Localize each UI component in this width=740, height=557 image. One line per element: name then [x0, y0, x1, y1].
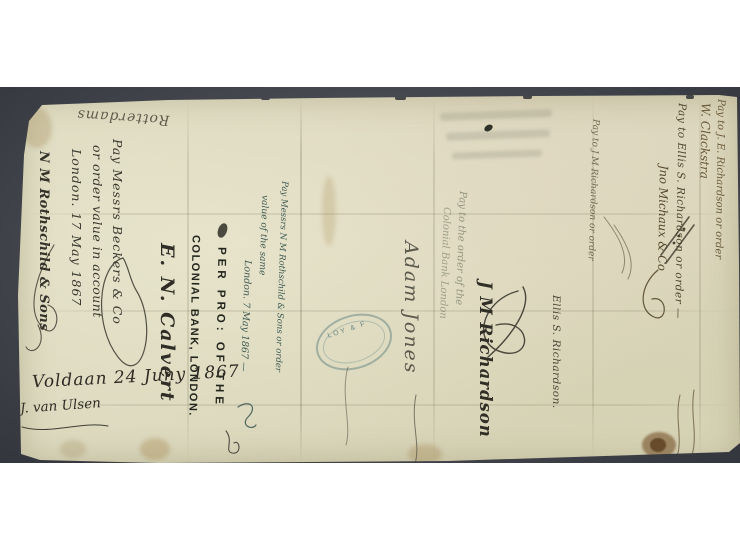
ink-flourishes — [18, 95, 740, 464]
paper-stain — [140, 438, 170, 460]
bill-of-exchange-reverse: Rotterdams Pay Messrs Beckers & Co or or… — [18, 95, 740, 464]
fold-crease — [18, 404, 740, 406]
teal-endorsement-line1: Pay Messrs N M Rothschild & Sons or orde… — [273, 181, 290, 372]
left-endorsement-line3: London. 17 May 1867 — [69, 149, 84, 306]
faint-stamp-offset — [452, 149, 542, 159]
paper-edge-nick — [686, 95, 694, 99]
left-endorsement-line1: Pay Messrs Beckers & Co — [110, 139, 125, 325]
fold-crease — [18, 213, 740, 215]
faint-stamp-offset — [446, 129, 550, 141]
paper-edge-nick — [523, 95, 532, 99]
jones-signature: Adam Jones — [400, 241, 422, 375]
paper-stain — [60, 440, 86, 458]
van-ulsen-signature: J. van Ulsen — [20, 395, 102, 417]
paper-stain — [408, 444, 442, 464]
colonial-bank-stamp-line1: PER PRO: OF THE — [213, 247, 228, 408]
faint-endorsement-line2: Colonial Bank London — [437, 207, 452, 319]
voldaan-receipt-line: Voldaan 24 Juny 1867 — [32, 362, 241, 393]
paper-edge-nick — [131, 95, 140, 100]
faint-stamp-offset — [440, 109, 552, 121]
paper-edge-nick — [261, 96, 270, 100]
teal-endorsement-line3: London. 7 May 1867 — — [238, 260, 253, 372]
fold-crease — [433, 95, 435, 464]
fold-crease — [300, 95, 302, 464]
oval-handstamp-letters: LOY & F — [327, 320, 368, 339]
faint-endorsement-line1: Pay to the order of the — [453, 191, 468, 306]
colonial-bank-stamp-line2: COLONIAL BANK, LONDON. — [186, 235, 201, 417]
ink-blotch — [650, 438, 666, 452]
teal-endorsement-line2: value of the same — [257, 195, 270, 276]
endorsement-a-line2: W. Clackstra — [697, 103, 712, 179]
paper-stain — [22, 108, 52, 148]
endorsement-a-line1: Pay to J. E. Richardson or order — [713, 99, 727, 259]
fold-crease — [18, 310, 740, 312]
rothschild-signature: N M Rothschild & Sons — [36, 151, 51, 331]
left-endorsement-line2: or order value in account — [90, 145, 105, 318]
paper-stain — [322, 176, 336, 246]
richardson-signature: J M Richardson — [476, 281, 495, 438]
endorsement-c-line1: Pay to J M Richardson or order — [586, 119, 601, 261]
ink-blot — [216, 222, 230, 239]
endorsement-b-line1: Pay to Ellis S. Richardson or order — — [672, 103, 688, 319]
paper-edge-nick — [395, 96, 406, 100]
ellis-signature: Ellis S. Richardson. — [550, 295, 562, 409]
oval-handstamp: LOY & F — [309, 304, 400, 379]
document-photo: Rotterdams Pay Messrs Beckers & Co or or… — [0, 87, 740, 463]
inverted-endorsement-note: Rotterdams — [58, 105, 189, 129]
scanned-document-page: Rotterdams Pay Messrs Beckers & Co or or… — [0, 0, 740, 557]
endorsement-b-line2: Jno Michaux & Co — [655, 165, 671, 271]
